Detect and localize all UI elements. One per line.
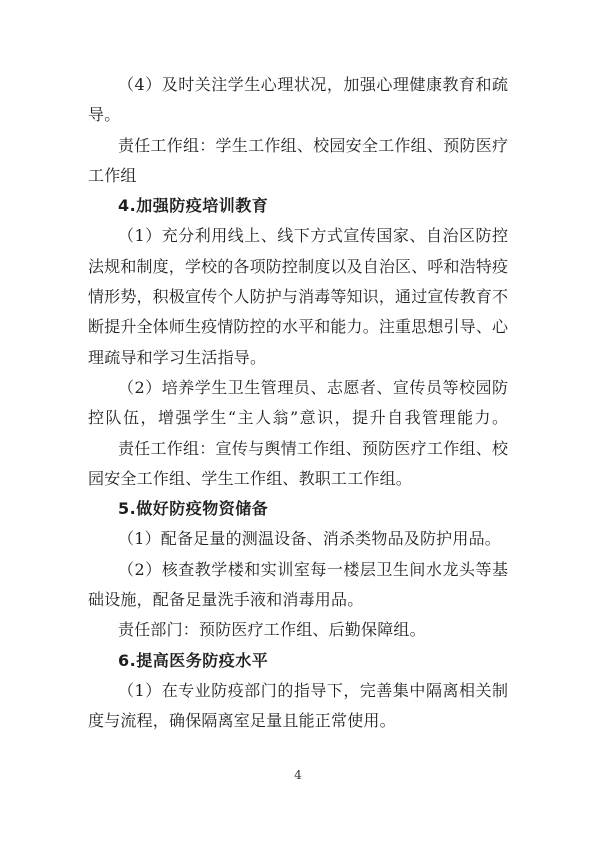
document-line: （1）充分利用线上、线下方式宣传国家、自治区防控: [88, 221, 508, 251]
document-line: （1）在专业防疫部门的指导下，完善集中隔离相关制: [88, 676, 508, 706]
document-line: 工作组: [88, 161, 508, 191]
document-line: 园安全工作组、学生工作组、教职工工作组。: [88, 464, 508, 494]
document-content: （4）及时关注学生心理状况，加强心理健康教育和疏导。责任工作组：学生工作组、校园…: [88, 70, 508, 737]
document-line: 导。: [88, 100, 508, 130]
document-line: 情形势，积极宣传个人防护与消毒等知识，通过宣传教育不: [88, 282, 508, 312]
document-line: （4）及时关注学生心理状况，加强心理健康教育和疏: [88, 70, 508, 100]
page-number: 4: [0, 768, 596, 782]
document-line: 责任工作组：宣传与舆情工作组、预防医疗工作组、校: [88, 434, 508, 464]
document-line: 责任部门：预防医疗工作组、后勤保障组。: [88, 615, 508, 645]
document-line: （2）培养学生卫生管理员、志愿者、宣传员等校园防: [88, 373, 508, 403]
document-line: （1）配备足量的测温设备、消杀类物品及防护用品。: [88, 524, 508, 554]
document-line: 责任工作组：学生工作组、校园安全工作组、预防医疗: [88, 131, 508, 161]
document-line: 础设施，配备足量洗手液和消毒用品。: [88, 585, 508, 615]
section-heading: 5.做好防疫物资储备: [88, 494, 508, 524]
document-line: 断提升全体师生疫情防控的水平和能力。注重思想引导、心: [88, 312, 508, 342]
document-page: （4）及时关注学生心理状况，加强心理健康教育和疏导。责任工作组：学生工作组、校园…: [0, 0, 596, 842]
document-line: 理疏导和学习生活指导。: [88, 343, 508, 373]
section-heading: 4.加强防疫培训教育: [88, 191, 508, 221]
document-line: 度与流程，确保隔离室足量且能正常使用。: [88, 706, 508, 736]
document-line: 法规和制度，学校的各项防控制度以及自治区、呼和浩特疫: [88, 252, 508, 282]
document-line: 控队伍，增强学生“主人翁”意识，提升自我管理能力。: [88, 403, 508, 433]
document-line: （2）核查教学楼和实训室每一楼层卫生间水龙头等基: [88, 555, 508, 585]
section-heading: 6.提高医务防疫水平: [88, 646, 508, 676]
